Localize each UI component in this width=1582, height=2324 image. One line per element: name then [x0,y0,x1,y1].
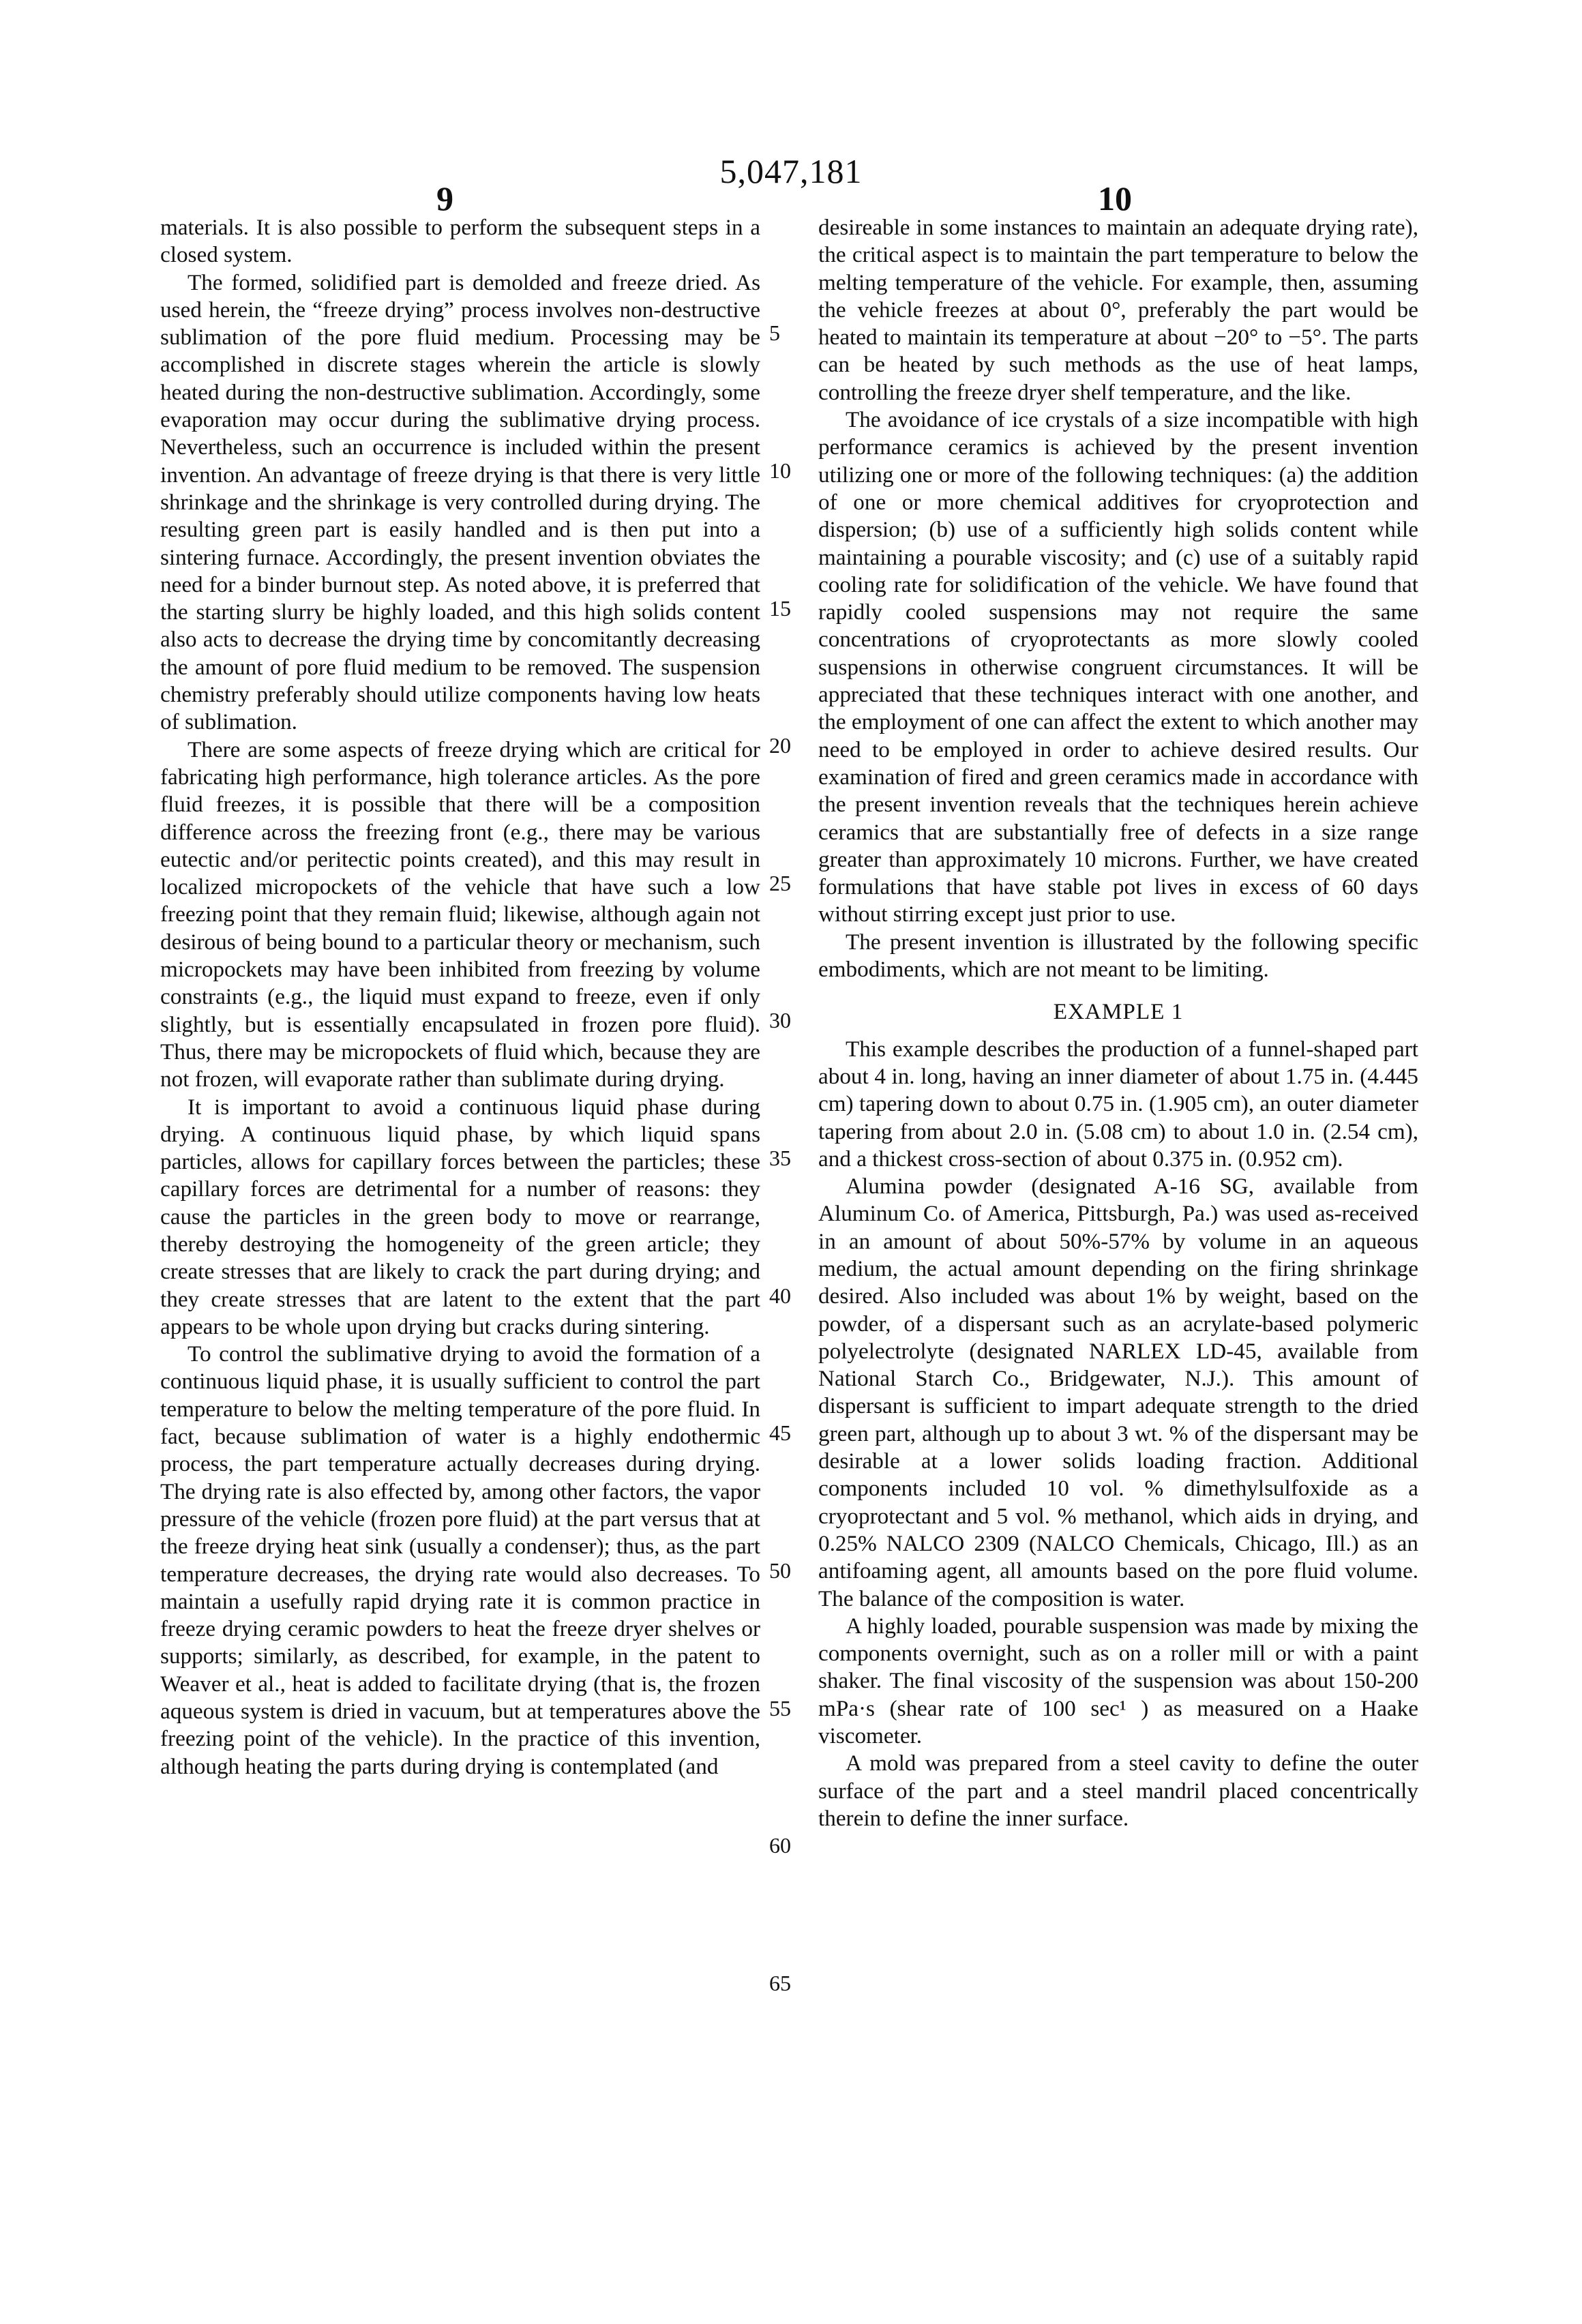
right-column-number: 10 [1098,179,1132,218]
paragraph: materials. It is also possible to perfor… [160,214,760,269]
paragraph: desireable in some instances to maintain… [818,214,1418,406]
paragraph: A mold was prepared from a steel cavity … [818,1750,1418,1832]
example-heading: EXAMPLE 1 [818,998,1418,1026]
paragraph: It is important to avoid a continuous li… [160,1094,760,1341]
line-number: 40 [769,1283,791,1309]
paragraph: The formed, solidified part is demolded … [160,269,760,736]
line-number: 10 [769,458,791,483]
left-text-column: materials. It is also possible to perfor… [160,214,760,1781]
line-number: 25 [769,871,791,896]
line-number: 15 [769,596,791,621]
patent-number: 5,047,181 [0,151,1582,191]
line-number: 35 [769,1146,791,1171]
line-number: 50 [769,1558,791,1583]
paragraph: The present invention is illustrated by … [818,929,1418,984]
left-column-number: 9 [436,179,453,218]
paragraph: This example describes the production of… [818,1036,1418,1173]
line-number: 60 [769,1833,791,1858]
line-number: 65 [769,1971,791,1996]
line-number: 5 [769,321,780,346]
line-number: 30 [769,1008,791,1033]
paragraph: The avoidance of ice crystals of a size … [818,406,1418,929]
paragraph: Alumina powder (designated A-16 SG, avai… [818,1173,1418,1613]
line-number: 55 [769,1696,791,1721]
paragraph: To control the sublimative drying to avo… [160,1341,760,1781]
line-number: 45 [769,1420,791,1446]
line-number: 20 [769,733,791,758]
paragraph: A highly loaded, pourable suspension was… [818,1613,1418,1750]
right-text-column: desireable in some instances to maintain… [818,214,1418,1832]
paragraph: There are some aspects of freeze drying … [160,736,760,1094]
